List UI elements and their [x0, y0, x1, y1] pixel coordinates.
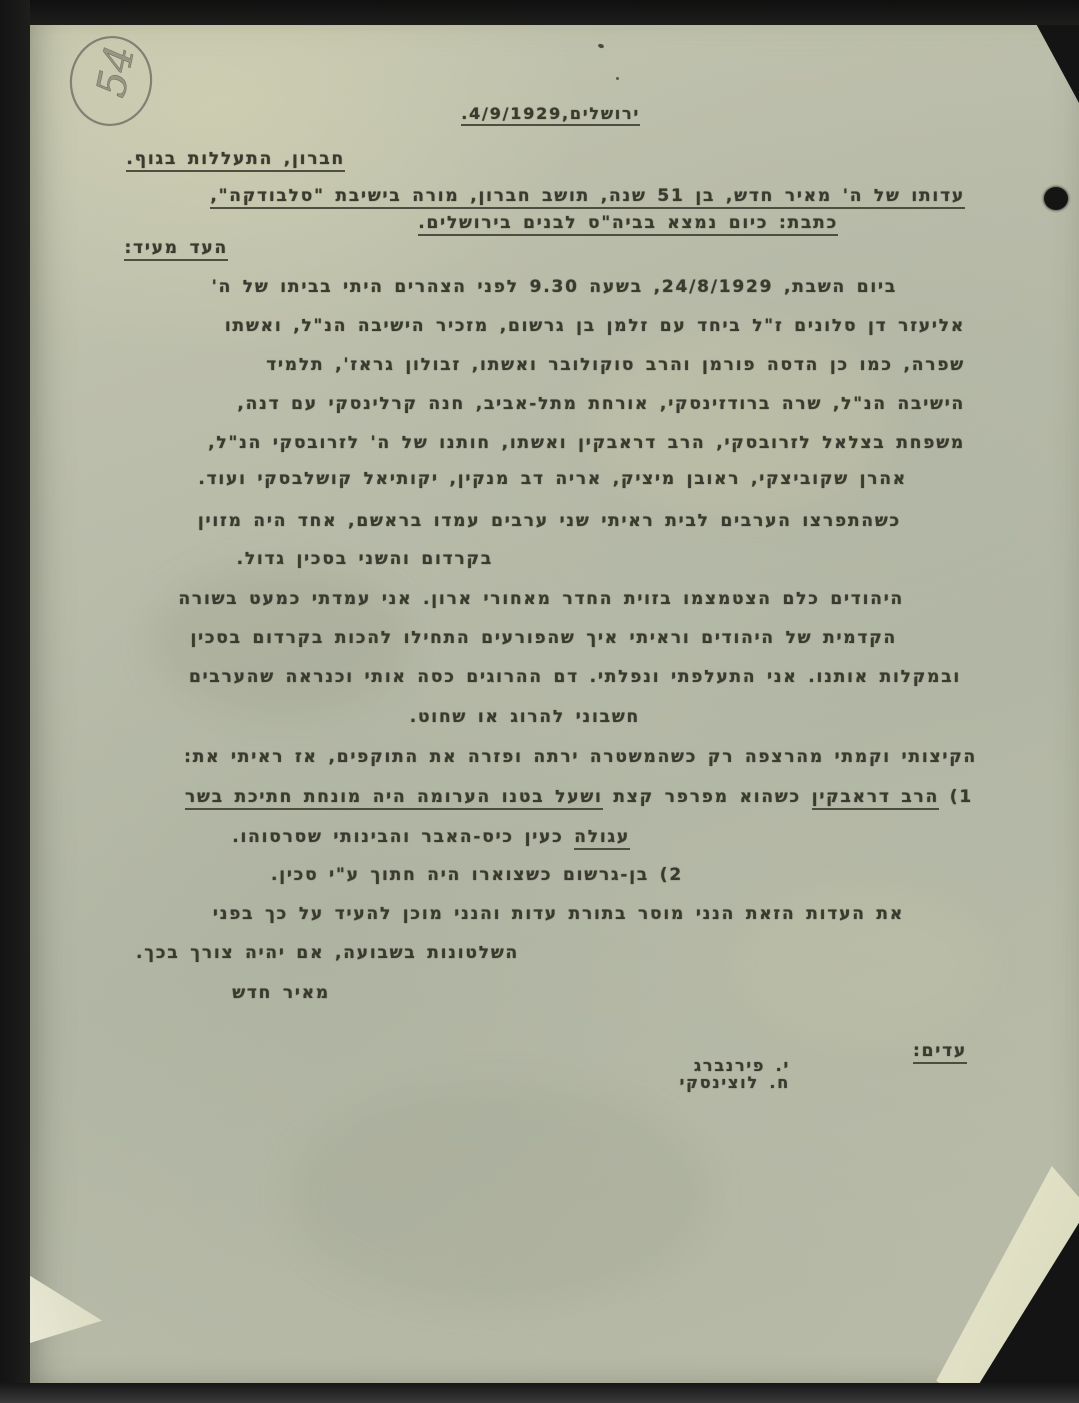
- scan-border-bottom: [0, 1383, 1079, 1403]
- folded-corner: [30, 1273, 112, 1343]
- underlined-word: עגולה: [574, 827, 630, 850]
- date-line: ירושלים,4/9/1929.: [461, 104, 640, 126]
- scanned-document: 54 ירושלים,4/9/1929. חברון, התעללות בגוף…: [0, 0, 1079, 1403]
- page-number-text: 54: [88, 42, 144, 101]
- body-line: הקדמית של היהודים וראיתי איך שהפורעים הת…: [190, 628, 897, 648]
- ink-speck: [597, 43, 604, 49]
- body-line: הישיבה הנ"ל, שרה ברודזינסקי, אורחת מתל-א…: [237, 394, 965, 414]
- body-line: השלטונות בשבועה, אם יהיה צורך בכך.: [136, 943, 519, 963]
- body-line: שפרה, כמו כן הדסה פורמן והרב סוקולובר וא…: [266, 355, 965, 375]
- list-item-1: 1) הרב דראבקין כשהוא מפרפר קצת ושעל בטנו…: [185, 787, 973, 807]
- body-line: בקרדום והשני בסכין גדול.: [237, 549, 493, 569]
- body-line: אהרן שקוביצקי, ראובן מיציק, אריה דב מנקי…: [198, 469, 907, 489]
- body-line: כשהתפרצו הערבים לבית ראיתי שני ערבים עמד…: [198, 511, 901, 531]
- list-item-text: כשהוא מפרפר קצת: [603, 787, 812, 807]
- list-item-text: כעין כיס-האבר והבינותי שסרסוהו.: [232, 827, 574, 847]
- body-line: משפחת בצלאל לזרובסקי, הרב דראבקין ואשתו,…: [208, 433, 965, 453]
- body-line: הקיצותי וקמתי מהרצפה רק כשהמשטרה ירתה ופ…: [184, 747, 977, 767]
- body-line: ובמקלות אותנו. אני התעלפתי ונפלתי. דם הה…: [189, 667, 961, 687]
- witnesses-heading: עדים:: [913, 1041, 967, 1064]
- list-marker: 1): [939, 787, 973, 807]
- handwritten-page-number: 54: [56, 29, 166, 135]
- paper-stain: [290, 1085, 710, 1305]
- intro-line-1: עדותו של ה' מאיר חדש, בן 51 שנה, תושב חב…: [210, 186, 965, 209]
- punch-hole-dot: [1044, 187, 1068, 210]
- scan-border-top: [0, 0, 1079, 25]
- body-line: אליעזר דן סלונים ז"ל ביחד עם זלמן בן גרש…: [225, 316, 965, 336]
- ink-speck: [616, 77, 619, 80]
- list-item-2: 2) בן-גרשום כשצוארו היה חתוך ע"י סכין.: [271, 865, 683, 885]
- subject-line: חברון, התעללות בגוף.: [126, 149, 345, 172]
- scan-border-left: [0, 0, 30, 1403]
- signature: מאיר חדש: [232, 983, 330, 1003]
- witness-name-2: ח. לוצינסקי: [680, 1073, 790, 1092]
- body-line: חשבוני להרוג או שחוט.: [410, 707, 640, 727]
- witness-heading: העד מעיד:: [124, 238, 228, 261]
- body-line: היהודים כלם הצטמצמו בזוית החדר מאחורי אר…: [178, 589, 904, 609]
- underlined-phrase: ושעל בטנו הערומה היה מונחת חתיכת בשר: [185, 787, 603, 810]
- intro-line-2: כתבת: כיום נמצא בביה"ס לבנים בירושלים.: [418, 213, 838, 236]
- list-item-1-continued: עגולה כעין כיס-האבר והבינותי שסרסוהו.: [232, 827, 630, 847]
- body-line: ביום השבת, 24/8/1929, בשעה 9.30 לפני הצה…: [212, 277, 897, 297]
- underlined-name: הרב דראבקין: [812, 787, 939, 810]
- document-page: 54 ירושלים,4/9/1929. חברון, התעללות בגוף…: [30, 25, 1079, 1385]
- body-line: את העדות הזאת הנני מוסר בתורת עדות והנני…: [213, 904, 904, 924]
